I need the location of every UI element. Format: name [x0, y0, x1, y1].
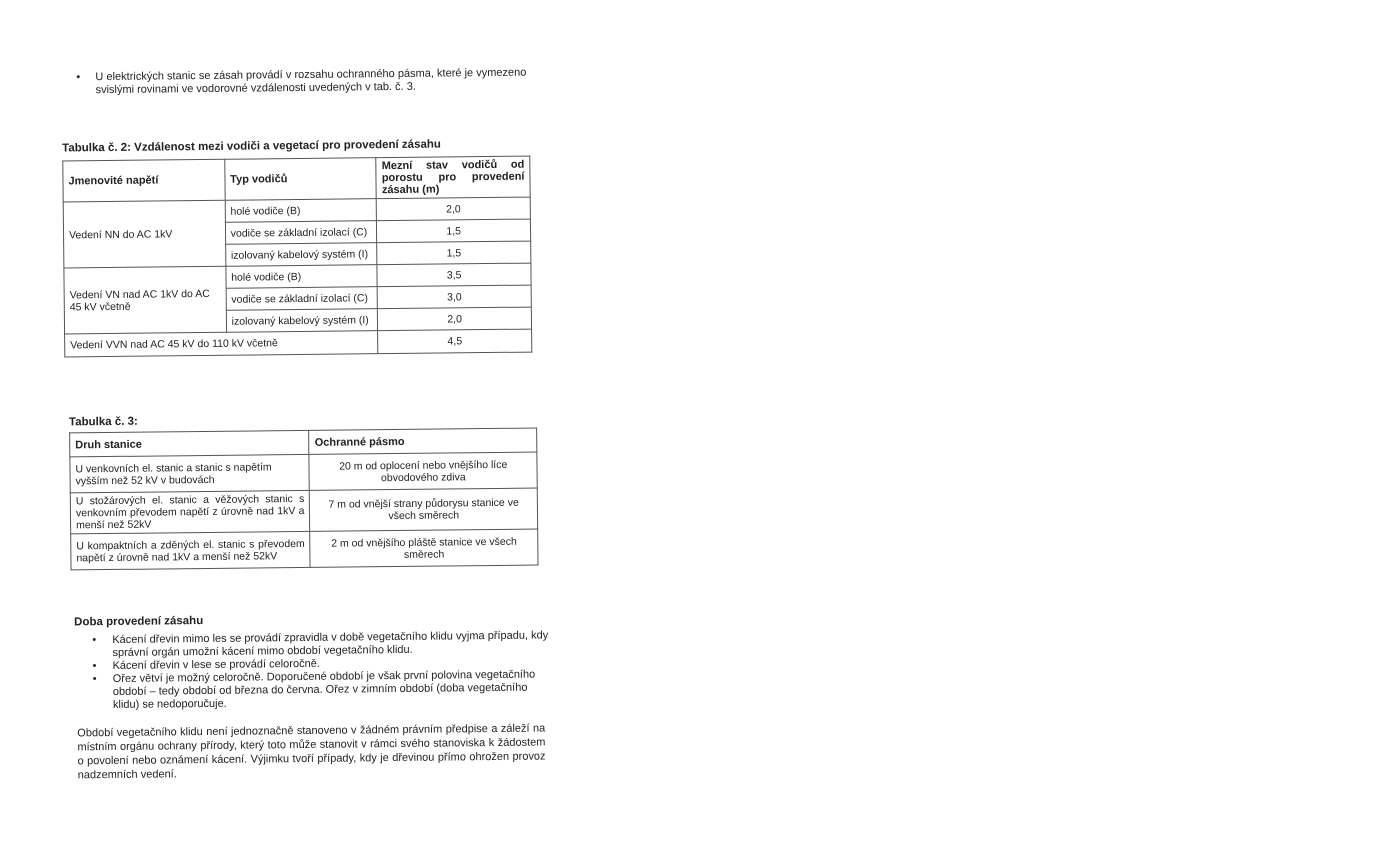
value-cell: 2,0	[378, 307, 532, 331]
table3-caption: Tabulka č. 3:	[69, 416, 138, 429]
type-cell: holé vodiče (B)	[226, 265, 378, 289]
zone-cell: 7 m od vnější strany půdorysu stanice ve…	[310, 488, 538, 531]
table-row: U venkovních el. stanic a stanic s napět…	[70, 452, 537, 493]
type-cell: vodiče se základní izolací (C)	[225, 221, 377, 245]
col-header-voltage: Jmenovité napětí	[63, 159, 225, 202]
vegetation-rest-paragraph: Období vegetačního klidu není jednoznačn…	[77, 721, 546, 782]
station-cell: U kompaktních a zděných el. stanic s pře…	[71, 531, 311, 570]
table2-caption: Tabulka č. 2: Vzdálenost mezi vodiči a v…	[62, 139, 441, 155]
table-row: U kompaktních a zděných el. stanic s pře…	[71, 529, 538, 570]
voltage-cell: Vedení VVN nad AC 45 kV do 110 kV včetně	[65, 331, 379, 357]
value-cell: 1,5	[377, 241, 531, 265]
table-row: U stožárových el. stanic a věžových stan…	[70, 488, 537, 534]
station-cell: U venkovních el. stanic a stanic s napět…	[70, 454, 310, 493]
zone-cell: 2 m od vnějšího pláště stanice ve všech …	[310, 529, 538, 567]
value-cell: 3,0	[377, 285, 531, 309]
bullet-marker: •	[76, 71, 80, 84]
value-cell: 3,5	[377, 263, 531, 287]
voltage-cell: Vedení NN do AC 1kV	[63, 200, 225, 268]
table-header-row: Jmenovité napětí Typ vodičů Mezní stav v…	[63, 156, 530, 202]
table-row: Vedení VVN nad AC 45 kV do 110 kV včetně…	[65, 329, 532, 357]
intro-bullet-text: U elektrických stanic se zásah provádí v…	[95, 67, 526, 98]
voltage-cell: Vedení VN nad AC 1kV do AC 45 kV včetně	[64, 266, 226, 334]
list-item: Ořez větví je možný celoročně. Doporučen…	[93, 668, 555, 712]
type-cell: vodiče se základní izolací (C)	[226, 287, 378, 311]
zone-cell: 20 m od oplocení nebo vnějšího líce obvo…	[309, 452, 537, 490]
table2-clearance: Jmenovité napětí Typ vodičů Mezní stav v…	[62, 156, 532, 358]
col-header-zone: Ochranné pásmo	[309, 428, 537, 454]
station-cell: U stožárových el. stanic a věžových stan…	[70, 490, 310, 534]
type-cell: izolovaný kabelový systém (I)	[226, 309, 378, 333]
table3-protection-zones: Druh stanice Ochranné pásmo U venkovních…	[69, 428, 538, 571]
value-cell: 1,5	[377, 219, 531, 243]
document-page: • U elektrických stanic se zásah provádí…	[0, 0, 1389, 849]
value-cell: 4,5	[378, 329, 532, 354]
value-cell: 2,0	[376, 197, 530, 221]
col-header-clearance: Mezní stav vodičů od porostu pro provede…	[376, 156, 530, 199]
type-cell: holé vodiče (B)	[225, 199, 377, 223]
col-header-type: Typ vodičů	[224, 158, 376, 201]
intro-bullet: • U elektrických stanic se zásah provádí…	[76, 67, 526, 98]
section-heading: Doba provedení zásahu	[74, 615, 203, 628]
type-cell: izolovaný kabelový systém (I)	[225, 243, 377, 267]
timing-bullet-list: Kácení dřevin mimo les se provádí zpravi…	[92, 629, 555, 712]
col-header-station: Druh stanice	[70, 430, 310, 457]
